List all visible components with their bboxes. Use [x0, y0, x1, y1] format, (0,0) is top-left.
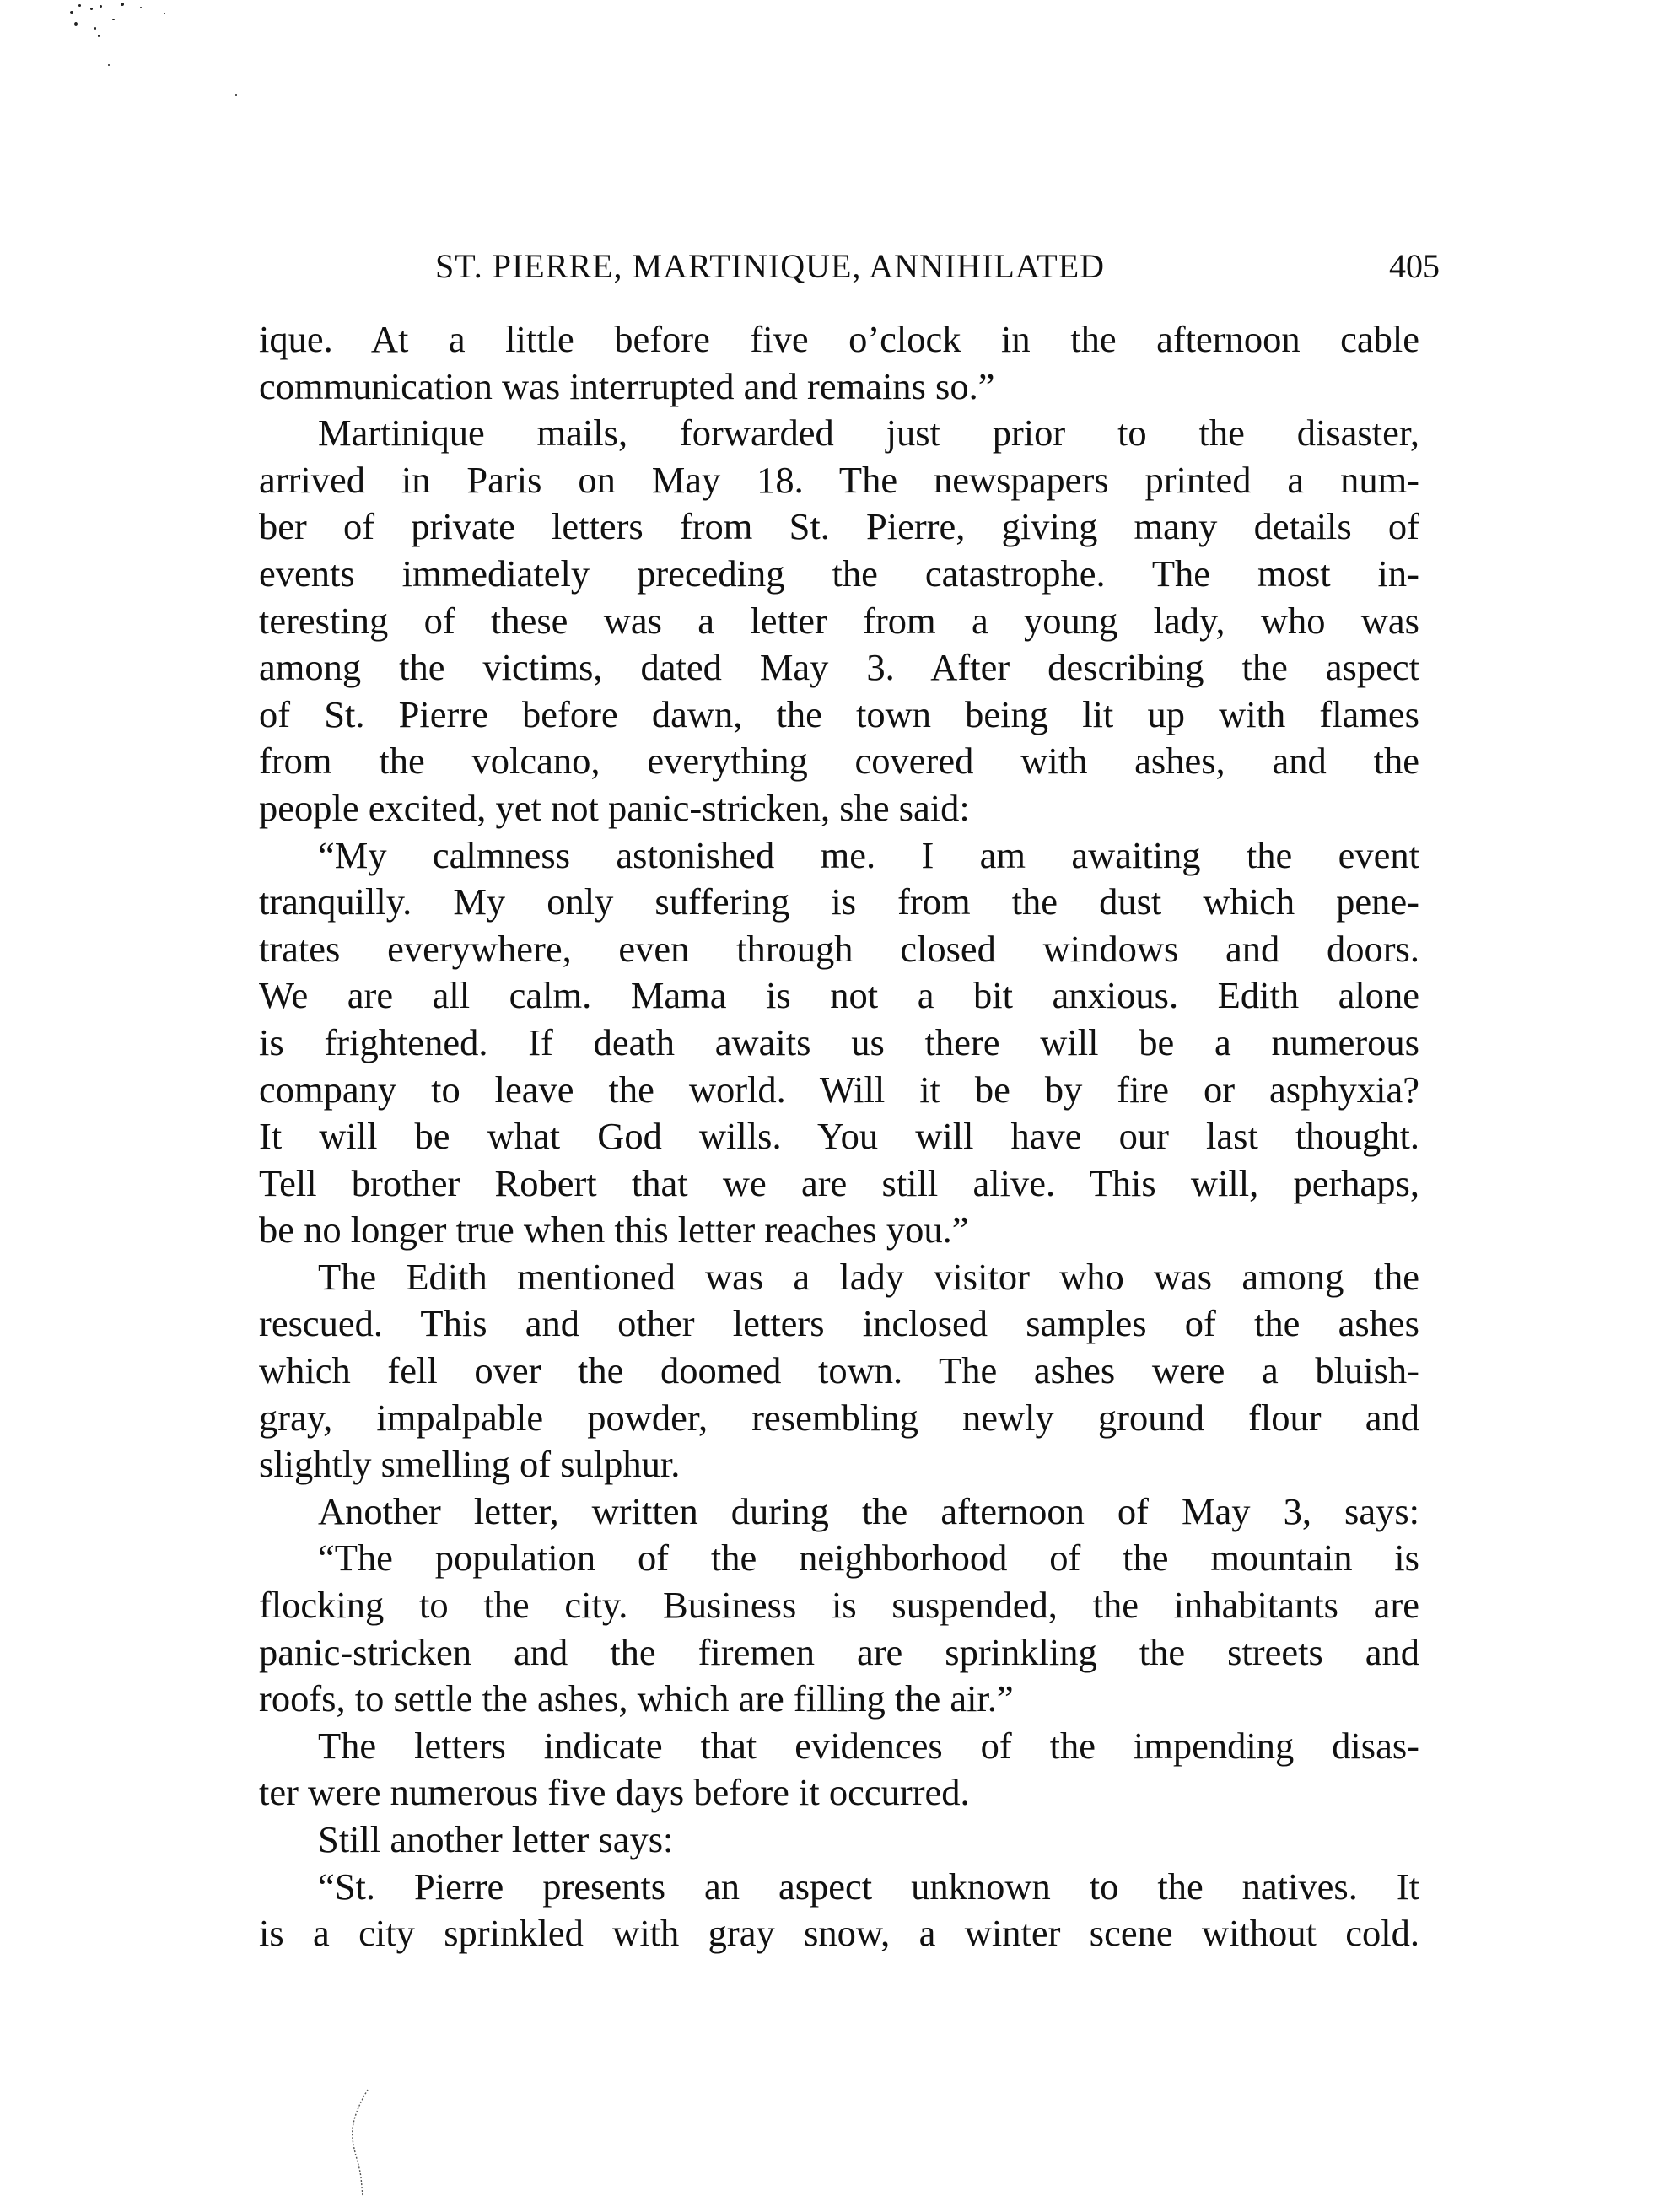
text-line: “St. Pierre presents an aspect unknown t… [259, 1864, 1419, 1911]
text-line: gray, impalpable powder, resembling newl… [259, 1395, 1419, 1442]
text-line: slightly smelling of sulphur. [259, 1441, 1419, 1488]
text-line: ber of private letters from St. Pierre, … [259, 503, 1419, 551]
text-line: events immediately preceding the catastr… [259, 551, 1419, 598]
text-line: ter were numerous five days before it oc… [259, 1769, 1419, 1816]
text-line: Another letter, written during the after… [259, 1488, 1419, 1536]
text-line: roofs, to settle the ashes, which are fi… [259, 1676, 1419, 1723]
text-line: “The population of the neighborhood of t… [259, 1535, 1419, 1582]
text-line: We are all calm. Mama is not a bit anxio… [259, 972, 1419, 1020]
text-line: teresting of these was a letter from a y… [259, 598, 1419, 645]
text-line: communication was interrupted and remain… [259, 363, 1419, 411]
text-line: arrived in Paris on May 18. The newspape… [259, 457, 1419, 504]
text-line: It will be what God wills. You will have… [259, 1113, 1419, 1160]
text-line: flocking to the city. Business is suspen… [259, 1582, 1419, 1629]
page-number: 405 [1389, 241, 1440, 292]
text-line: from the volcano, everything covered wit… [259, 738, 1419, 785]
text-line: “My calmness astonished me. I am awaitin… [259, 832, 1419, 880]
text-line: The letters indicate that evidences of t… [259, 1723, 1419, 1770]
scanned-book-page: ST. PIERRE, MARTINIQUE, ANNIHILATED 405 … [0, 0, 1664, 2212]
text-line: trates everywhere, even through closed w… [259, 926, 1419, 973]
margin-pencil-mark-icon [337, 2083, 371, 2201]
text-line: Tell brother Robert that we are still al… [259, 1160, 1419, 1208]
text-line: people excited, yet not panic-stricken, … [259, 785, 1419, 832]
text-line: company to leave the world. Will it be b… [259, 1067, 1419, 1114]
text-line: panic-stricken and the firemen are sprin… [259, 1629, 1419, 1676]
text-line: of St. Pierre before dawn, the town bein… [259, 692, 1419, 739]
running-head-title: ST. PIERRE, MARTINIQUE, ANNIHILATED [435, 241, 1105, 292]
text-line: ique. At a little before five o’clock in… [259, 316, 1419, 363]
text-line: be no longer true when this letter reach… [259, 1207, 1419, 1254]
text-line: which fell over the doomed town. The ash… [259, 1348, 1419, 1395]
text-line: The Edith mentioned was a lady visitor w… [259, 1254, 1419, 1301]
body-text: ique. At a little before five o’clock in… [259, 316, 1419, 1957]
text-line: is frightened. If death awaits us there … [259, 1020, 1419, 1067]
text-line: Martinique mails, forwarded just prior t… [259, 410, 1419, 457]
text-line: is a city sprinkled with gray snow, a wi… [259, 1910, 1419, 1957]
text-line: among the victims, dated May 3. After de… [259, 644, 1419, 692]
running-head: ST. PIERRE, MARTINIQUE, ANNIHILATED 405 [253, 241, 1434, 292]
text-line: tranquilly. My only suffering is from th… [259, 879, 1419, 926]
text-line: rescued. This and other letters inclosed… [259, 1300, 1419, 1348]
text-line: Still another letter says: [259, 1816, 1419, 1864]
